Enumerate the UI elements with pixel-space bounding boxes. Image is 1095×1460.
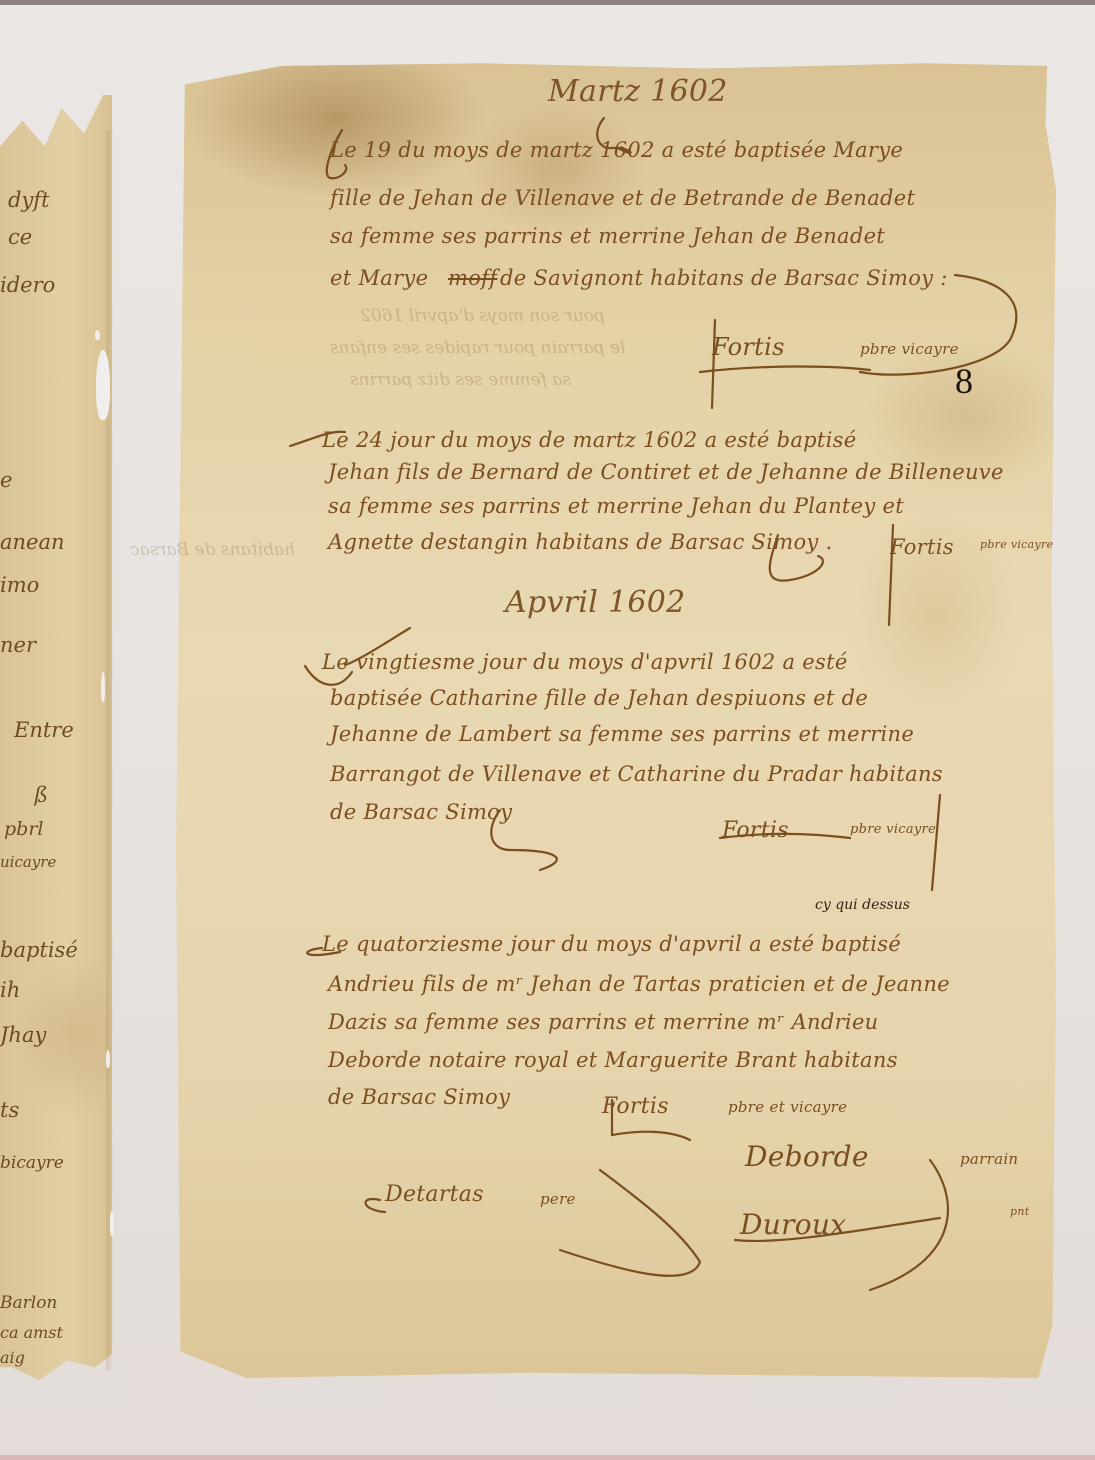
priest-signature: Fortis <box>722 818 789 843</box>
entry-line: de Savignont habitans de Barsac Simoy : <box>500 266 948 290</box>
left-leaf-fragment: ß <box>34 783 144 807</box>
entry-line: sa femme ses parrins et merrine Jehan du… <box>328 494 904 518</box>
tear-hole <box>110 1210 114 1236</box>
entry-line: Dazis sa femme ses parrins et merrine mʳ… <box>328 1010 879 1034</box>
left-leaf-fragment: ner <box>0 633 110 657</box>
month-heading: Apvril 1602 <box>505 585 686 620</box>
tear-hole <box>96 350 110 420</box>
left-leaf-fragment: ca amst <box>0 1323 110 1342</box>
priest-signature: Fortis <box>602 1094 669 1119</box>
entry-line: Deborde notaire royal et Marguerite Bran… <box>328 1048 898 1072</box>
month-heading: Martz 1602 <box>548 74 728 109</box>
entry-line: fille de Jehan de Villenave et de Betran… <box>330 186 915 210</box>
witness-signature-deborde: Deborde <box>745 1140 869 1173</box>
bleed-through-text: habitans de Barsac <box>130 540 295 560</box>
priest-title: pbre vicayre <box>850 822 936 837</box>
left-leaf-fragment: e <box>0 468 110 492</box>
left-leaf-fragment: dyft <box>8 188 118 212</box>
left-leaf-fragment: ih <box>0 978 110 1002</box>
entry-line: baptisée Catharine fille de Jehan despiu… <box>330 686 868 710</box>
entry-line: de Barsac Simoy <box>330 800 512 824</box>
margin-annotation: cy qui dessus <box>815 897 910 913</box>
bleed-through-text: le parrain pour rapides ses enfans <box>330 338 625 358</box>
left-leaf-fragment: Barlon <box>0 1293 110 1313</box>
entry-line: Barrangot de Villenave et Catharine du P… <box>330 762 943 786</box>
binding-gutter <box>106 130 114 1370</box>
left-leaf-fragment: baptisé <box>0 938 110 962</box>
left-leaf-fragment: Jhay <box>0 1023 110 1047</box>
struck-word: moff <box>448 266 497 290</box>
entry-line: Andrieu fils de mʳ Jehan de Tartas prati… <box>328 972 950 996</box>
left-leaf-fragment: aig <box>0 1348 110 1367</box>
entry-line: Le 19 du moys de martz 1602 a esté bapti… <box>330 138 903 162</box>
bleed-through-text: sa femme ses ditz parrins <box>350 370 571 390</box>
frame-bottom-edge <box>0 1455 1095 1460</box>
left-leaf-fragment: ts <box>0 1098 110 1122</box>
entry-line: Le quatorziesme jour du moys d'apvril a … <box>322 932 901 956</box>
entry-line: Agnette destangin habitans de Barsac Sim… <box>328 530 833 554</box>
left-leaf-fragment: imo <box>0 573 110 597</box>
entry-line: Jehan fils de Bernard de Contiret et de … <box>328 460 1004 484</box>
witness-signature-detartas: Detartas <box>385 1182 484 1207</box>
entry-line: Le vingtiesme jour du moys d'apvril 1602… <box>322 650 848 674</box>
left-leaf-fragment: pbrl <box>4 818 114 840</box>
left-leaf-fragment: anean <box>0 530 110 554</box>
manuscript-page <box>176 58 1056 1378</box>
priest-signature: Fortis <box>890 535 954 559</box>
witness-role: pere <box>540 1190 576 1208</box>
left-leaf-fragment: bicayre <box>0 1153 110 1173</box>
left-leaf-fragment: uicayre <box>0 853 110 871</box>
priest-title: pbre et vicayre <box>728 1098 847 1116</box>
witness-signature-duroux: Duroux <box>740 1208 846 1241</box>
tear-hole <box>101 672 105 702</box>
bleed-through-text: pour son moys d'apvril 1602 <box>360 306 605 326</box>
entry-line: Le 24 jour du moys de martz 1602 a esté … <box>322 428 856 452</box>
tear-hole <box>95 330 100 340</box>
left-leaf-fragment: idero <box>0 273 110 297</box>
tear-hole <box>106 1050 110 1068</box>
left-leaf-fragment: ce <box>8 225 118 249</box>
witness-role: pnt <box>1010 1205 1029 1218</box>
priest-signature: Fortis <box>712 333 785 361</box>
entry-line: et Marye <box>330 266 428 290</box>
entry-line: Jehanne de Lambert sa femme ses parrins … <box>330 722 914 746</box>
priest-title: pbre vicayre <box>980 538 1053 551</box>
witness-role: parrain <box>960 1150 1018 1168</box>
folio-number: 8 <box>955 360 973 402</box>
priest-title: pbre vicayre <box>860 340 959 358</box>
entry-line: de Barsac Simoy <box>328 1085 510 1109</box>
entry-line: sa femme ses parrins et merrine Jehan de… <box>330 224 885 248</box>
left-leaf-fragment: Entre <box>14 718 124 742</box>
